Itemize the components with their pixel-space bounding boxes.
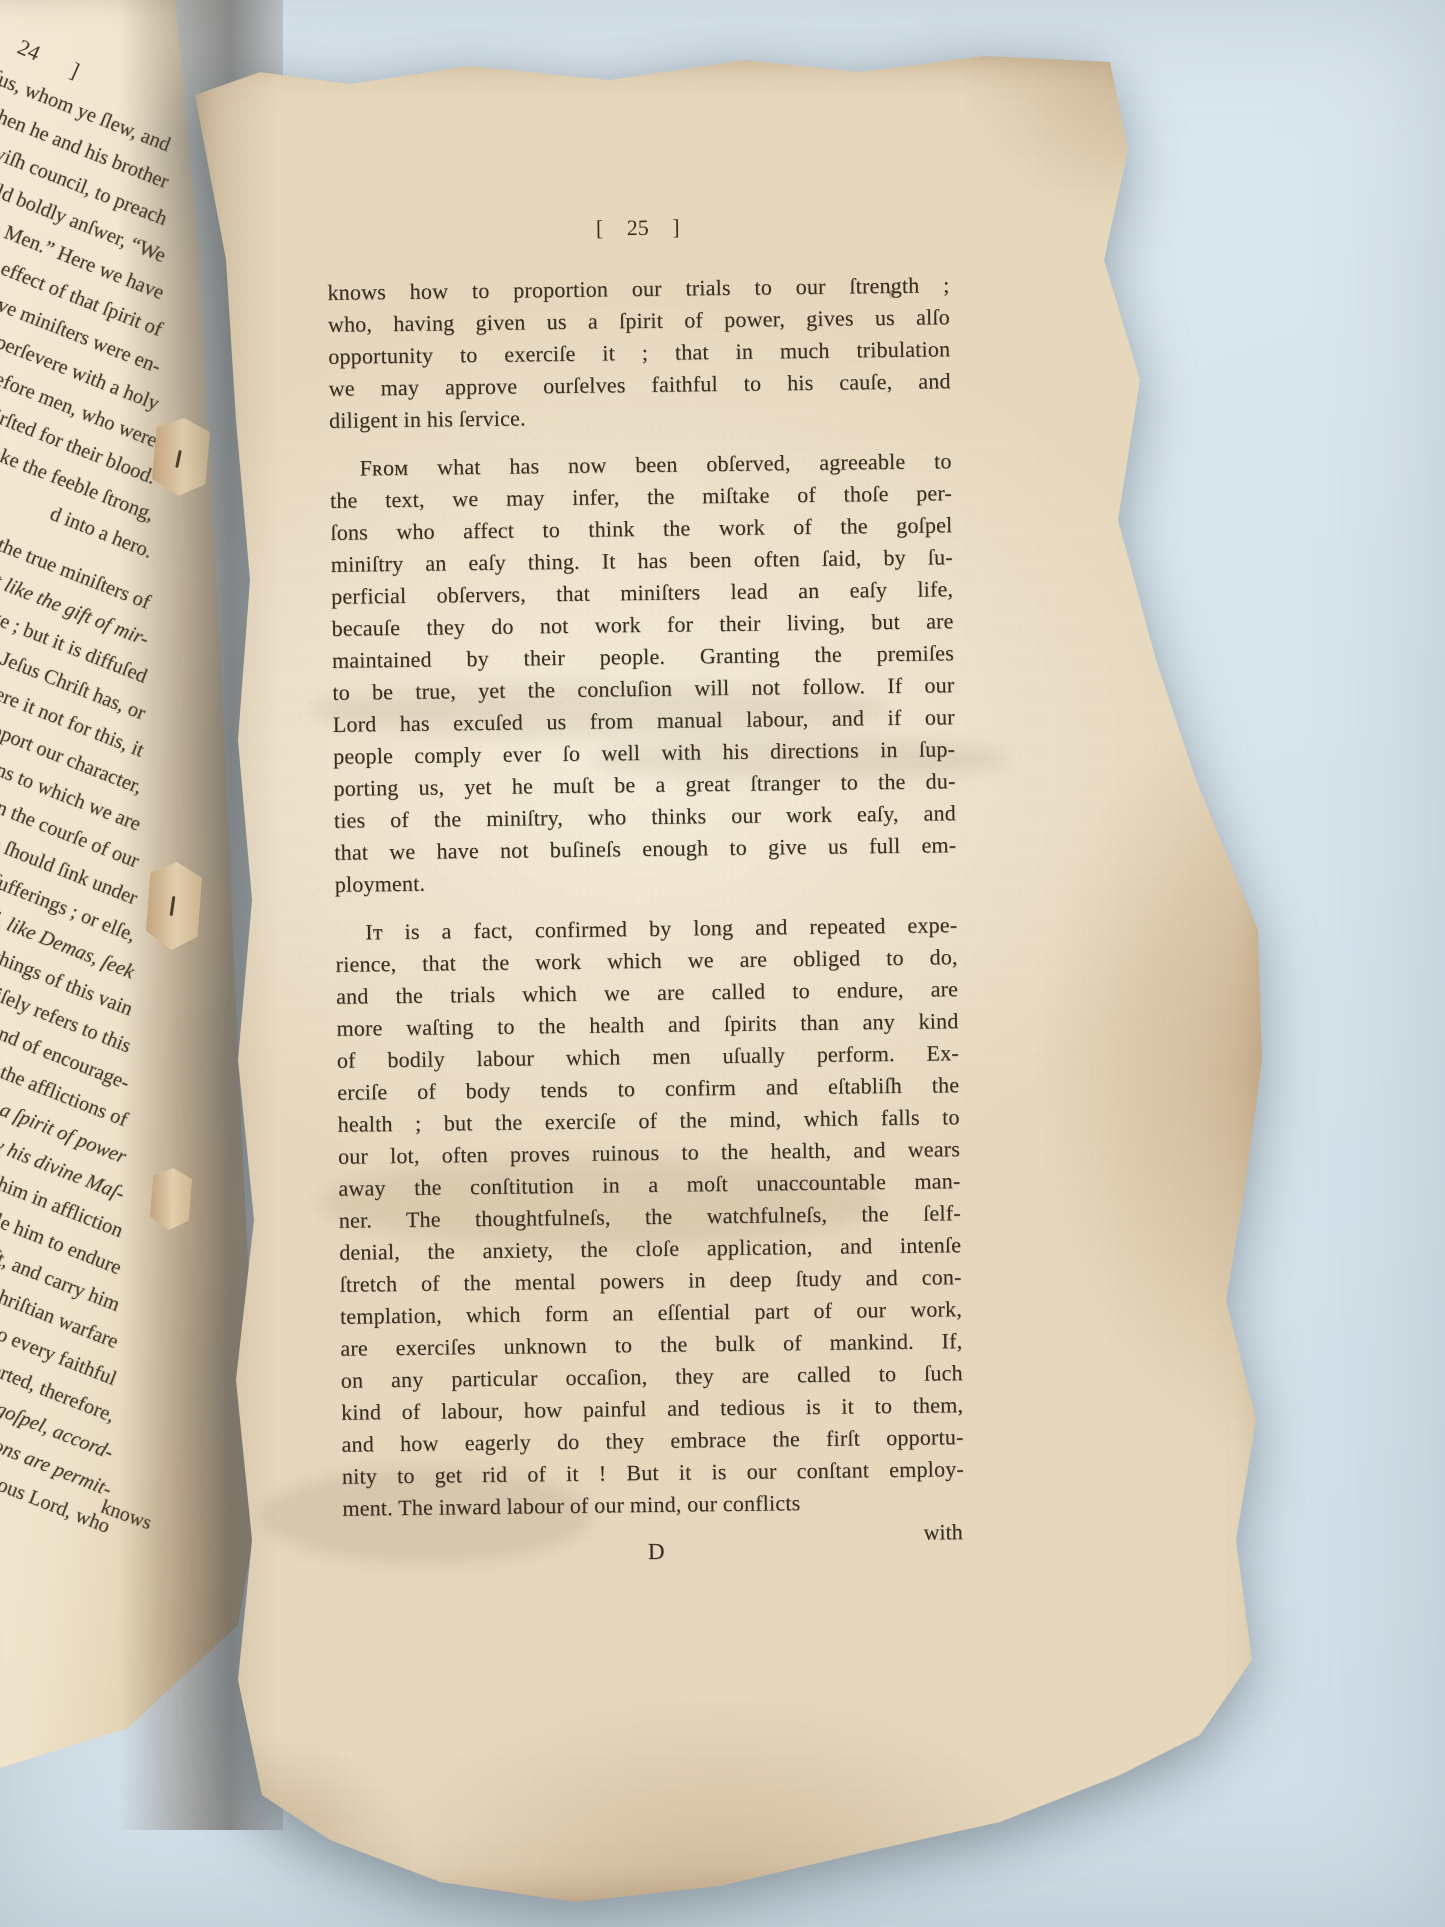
book-photo: 24 ] p Jeſus, whom ye ſlew, andd when he… bbox=[0, 0, 1445, 1927]
text-line: diligent in his ſervice. bbox=[329, 397, 951, 437]
left-page-text: p Jeſus, whom ye ſlew, andd when he and … bbox=[0, 117, 170, 1547]
paragraph-3: Iᴛ is a fact, confirmed by long and repe… bbox=[335, 909, 964, 1525]
book-page: [ 25 ] knows how to proportion our trial… bbox=[170, 48, 1275, 1910]
paragraph-1: knows how to proportion our trials to ou… bbox=[327, 269, 951, 437]
page-number: [ 25 ] bbox=[327, 211, 949, 249]
page-footer: D with bbox=[343, 1519, 966, 1597]
signature-mark: D bbox=[648, 1539, 665, 1565]
text-line: ment. The inward labour of our mind, our… bbox=[342, 1485, 964, 1525]
book-page-wrap: [ 25 ] knows how to proportion our trial… bbox=[170, 48, 1275, 1910]
page-text-block: [ 25 ] knows how to proportion our trial… bbox=[327, 211, 966, 1596]
paragraph-2: Fʀᴏᴍ what has now been obſerved, agreeab… bbox=[329, 445, 956, 901]
catchword: with bbox=[923, 1519, 962, 1545]
